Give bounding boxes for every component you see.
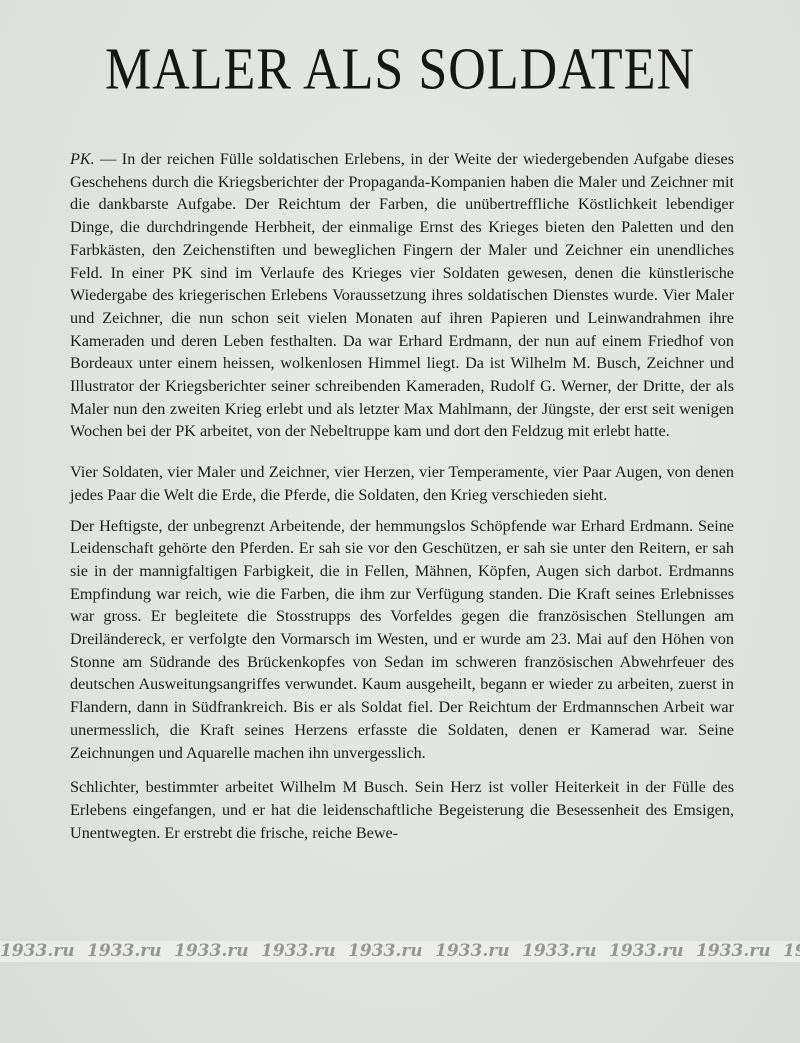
paragraph-1: PK. — In der reichen Fülle soldatischen … bbox=[70, 148, 734, 443]
article-title: MALER ALS SOLDATEN bbox=[0, 36, 800, 104]
scanned-page: MALER ALS SOLDATEN PK. — In der reichen … bbox=[0, 0, 800, 1043]
watermark-text: 1933.ru bbox=[696, 941, 783, 962]
paragraph-4: Schlichter, bestimmter arbeitet Wilhelm … bbox=[70, 776, 734, 844]
watermark-text: 1933.ru bbox=[522, 941, 609, 962]
article-body: PK. — In der reichen Fülle soldatischen … bbox=[70, 148, 734, 854]
paragraph-lead-pk: PK. bbox=[70, 150, 95, 168]
watermark-text: 1933.ru bbox=[783, 941, 800, 962]
watermark-text: 1933.ru bbox=[174, 941, 261, 962]
paragraph-2: Vier Soldaten, vier Maler und Zeichner, … bbox=[70, 461, 734, 506]
watermark-text: 1933.ru bbox=[348, 941, 435, 962]
watermark-text: 1933.ru bbox=[261, 941, 348, 962]
watermark-text: 1933.ru bbox=[435, 941, 522, 962]
watermark-text: 1933.ru bbox=[0, 941, 87, 962]
watermark-text: 1933.ru bbox=[609, 941, 696, 962]
watermark-band: 1933.ru1933.ru1933.ru1933.ru1933.ru1933.… bbox=[0, 941, 800, 962]
paragraph-3: Der Heftigste, der unbegrenzt Arbeitende… bbox=[70, 515, 734, 765]
watermark-text: 1933.ru bbox=[87, 941, 174, 962]
paragraph-1-text: — In der reichen Fülle soldatischen Erle… bbox=[70, 150, 734, 440]
